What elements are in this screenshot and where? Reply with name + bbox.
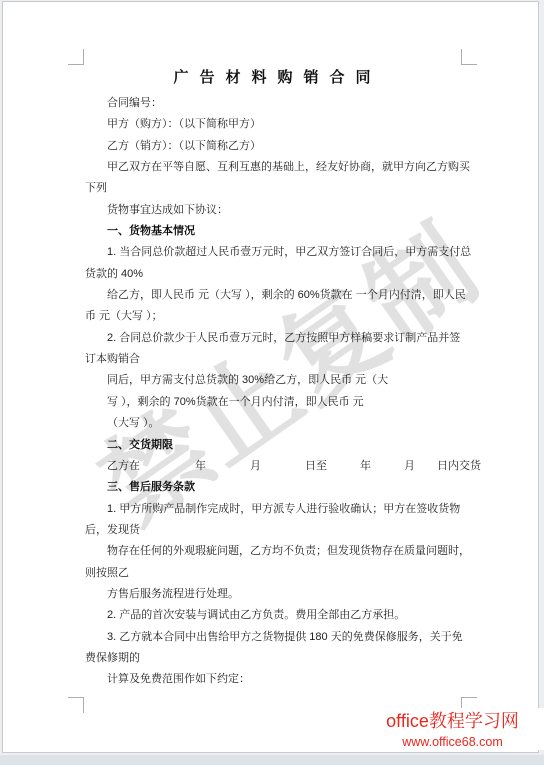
text-line: 货款的 40% (85, 264, 477, 285)
text-line: 一、货物基本情况 (85, 221, 477, 242)
site-name: office教程学习网 (360, 708, 544, 734)
text-line: 后，发现货 (85, 520, 477, 541)
text-line: 1. 甲方所购产品制作完成时，甲方派专人进行验收确认；甲方在签收货物 (85, 499, 477, 520)
text-line: 2. 产品的首次安装与调试由乙方负责。费用全部由乙方承担。 (85, 605, 477, 626)
text-line: 写 ），剩余的 70%货款在一个月内付清，即人民币 元 (85, 392, 477, 413)
page-overlay: 禁止复制 广告材料购销合同 合同编号：甲方（购方）：（以下简称甲方）乙方（销方）… (0, 0, 544, 765)
text-line: 甲乙双方在平等自愿、互利互惠的基础上，经友好协商，就甲方向乙方购买 (85, 157, 477, 178)
text-line: 乙方在 年 月 日至 年 月 日内交货 (85, 456, 477, 477)
text-line: 乙方（销方）：（以下简称乙方） (85, 136, 477, 157)
text-line: 三、售后服务条款 (85, 477, 477, 498)
margin-mark-top-right-icon (461, 49, 477, 65)
document-body: 合同编号：甲方（购方）：（以下简称甲方）乙方（销方）：（以下简称乙方）甲乙双方在… (85, 93, 477, 691)
text-line: 物存在任何的外观瑕疵问题，乙方均不负责；但发现货物存在质量问题时， (85, 541, 477, 562)
text-line: 费保修期的 (85, 648, 477, 669)
text-line: 2. 合同总价款少于人民币壹万元时，乙方按照甲方样稿要求订制产品并签 (85, 328, 477, 349)
text-line: 下列 (85, 178, 477, 199)
text-line: 方售后服务流程进行处理。 (85, 584, 477, 605)
site-logo: office教程学习网 www.office68.com (360, 708, 544, 750)
screenshot-canvas: 禁止复制 广告材料购销合同 合同编号：甲方（购方）：（以下简称甲方）乙方（销方）… (0, 0, 544, 765)
text-line: 给乙方，即人民币 元（大写 ），剩余的 60%货款在 一个月内付清，即人民 (85, 285, 477, 306)
text-line: 甲方（购方）：（以下简称甲方） (85, 114, 477, 135)
margin-mark-top-left-icon (68, 49, 84, 65)
text-line: 同后，甲方需支付总货款的 30%给乙方，即人民币 元（大 (85, 370, 477, 391)
text-line: 币 元（大写 ）； (85, 306, 477, 327)
margin-mark-bottom-left-icon (68, 697, 84, 713)
text-line: 3. 乙方就本合同中出售给甲方之货物提供 180 天的免费保修服务，关于免 (85, 627, 477, 648)
site-url-link[interactable]: www.office68.com (360, 734, 544, 750)
text-line: 1. 当合同总价款超过人民币壹万元时，甲乙双方签订合同后，甲方需支付总 (85, 242, 477, 263)
text-line: 二、交货期限 (85, 435, 477, 456)
text-line: 合同编号： (85, 93, 477, 114)
text-line: 则按照乙 (85, 563, 477, 584)
text-line: 订本购销合 (85, 349, 477, 370)
text-line: （大写 ）。 (85, 413, 477, 434)
page-title: 广告材料购销合同 (0, 66, 544, 87)
text-line: 货物事宜达成如下协议： (85, 200, 477, 221)
text-line: 计算及免费范围作如下约定： (85, 669, 477, 690)
